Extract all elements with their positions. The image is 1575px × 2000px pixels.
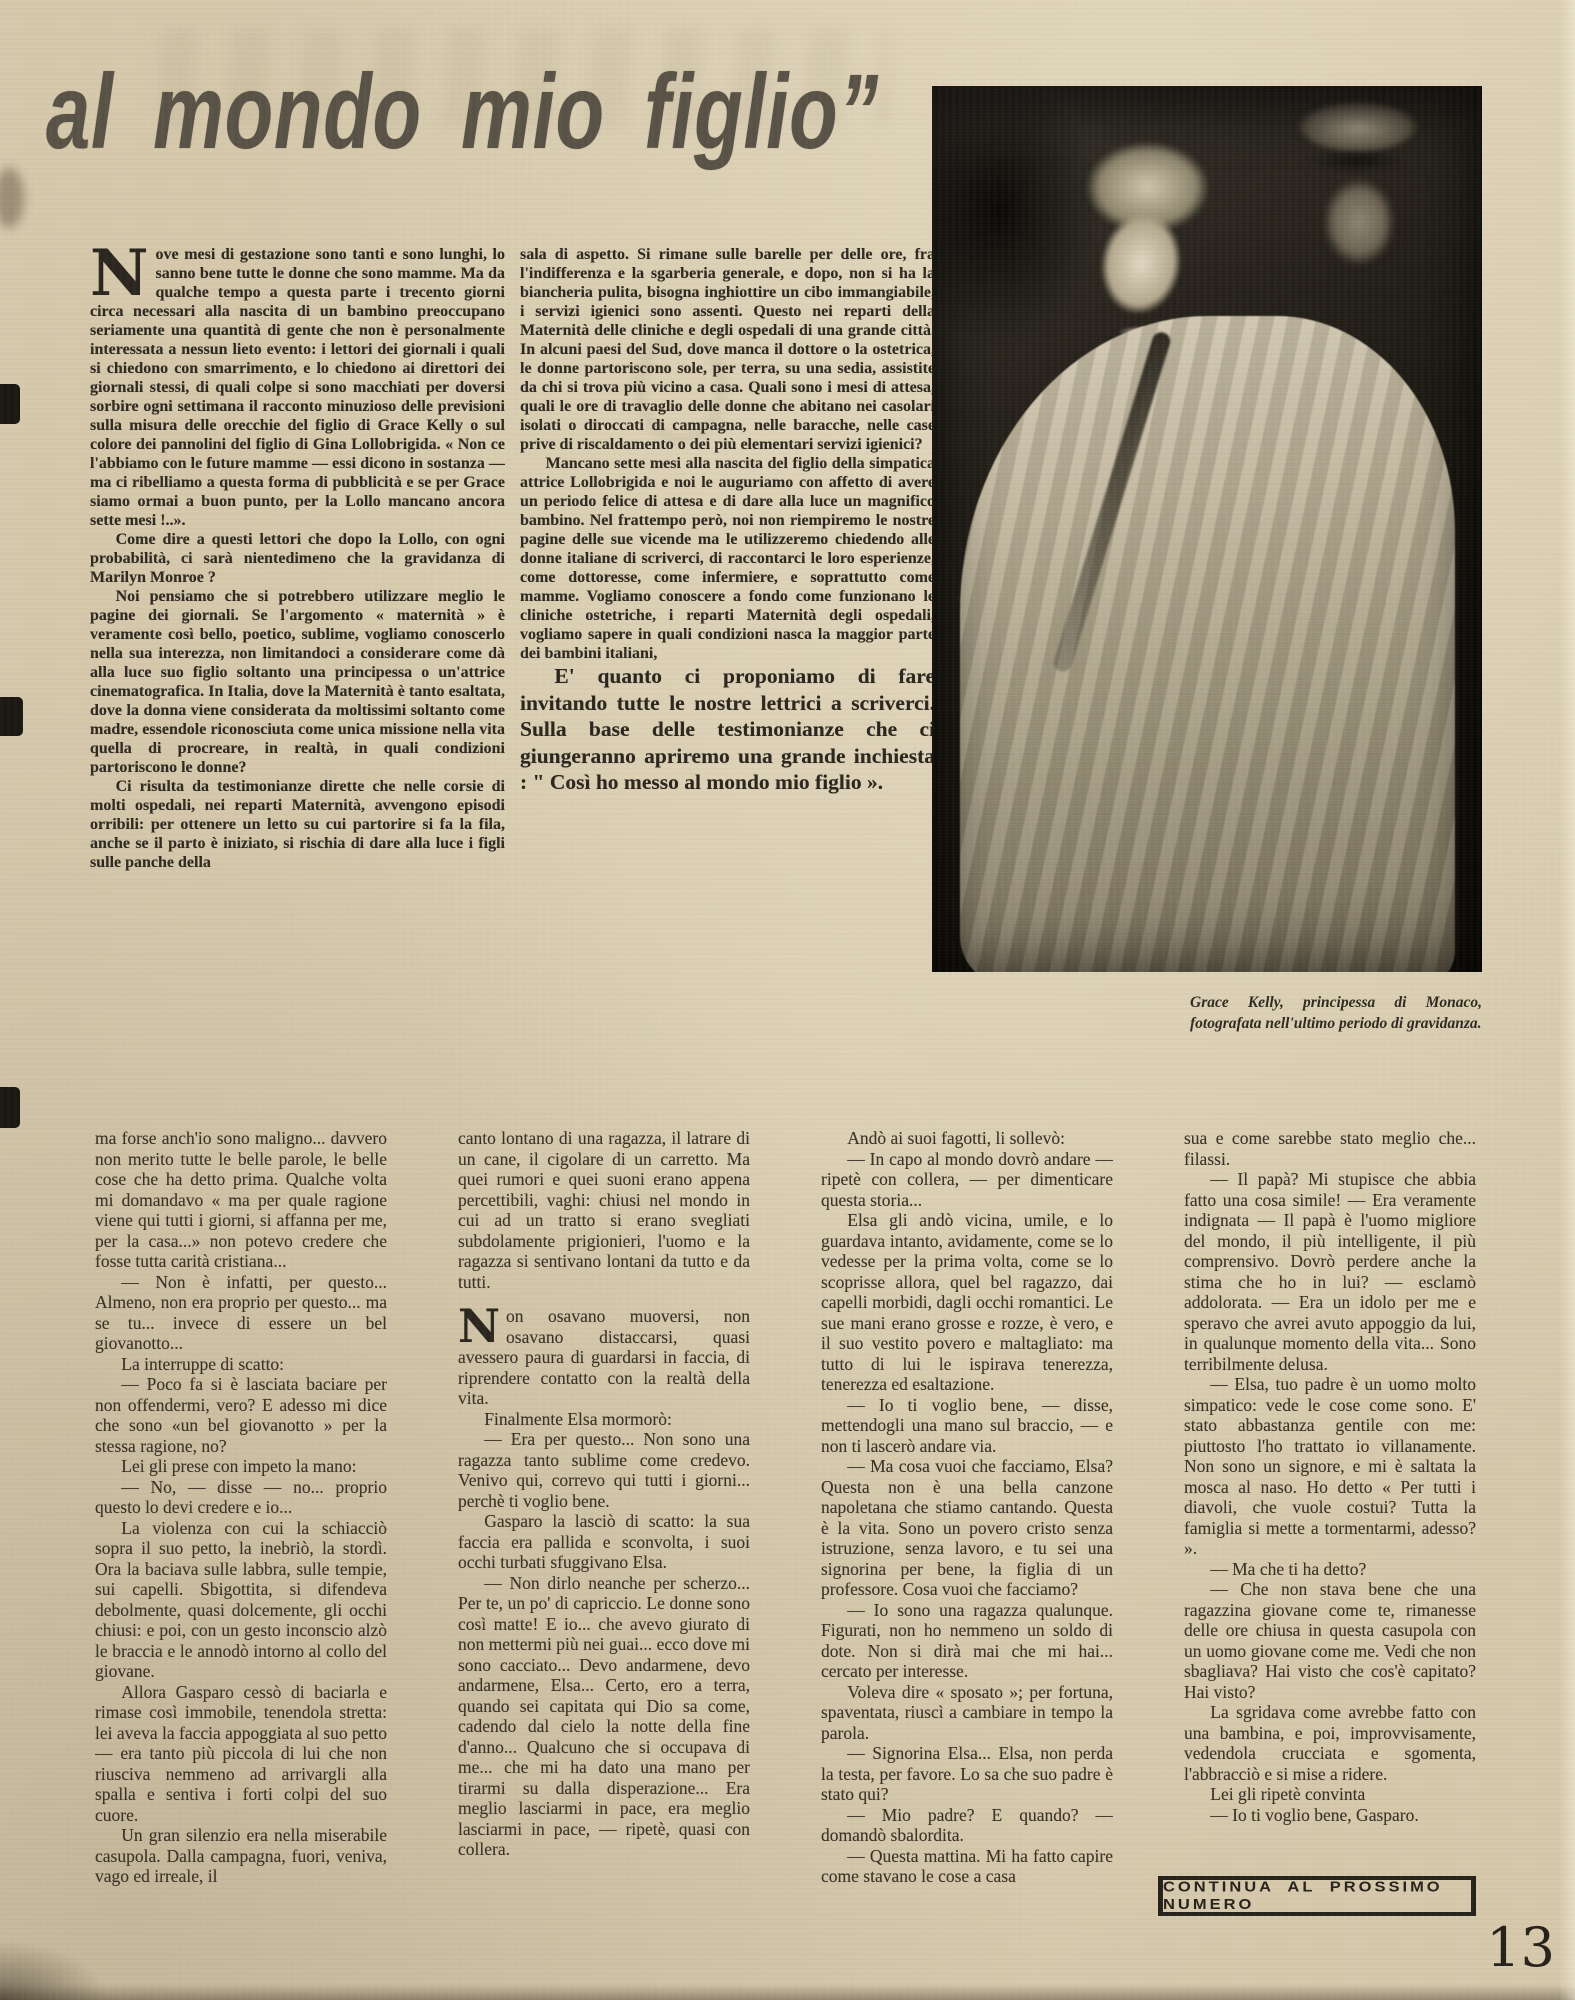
paragraph: Allora Gasparo cessò di baciarla e rimas… <box>95 1682 387 1826</box>
binding-mark <box>0 697 23 736</box>
paragraph: Elsa gli andò vicina, umile, e lo guarda… <box>821 1210 1113 1395</box>
paragraph: La sgridava come avrebbe fatto con una b… <box>1184 1702 1476 1784</box>
continua-label: CONTINUA AL PROSSIMO NUMERO <box>1163 1879 1471 1914</box>
paragraph: Un gran silenzio era nella miserabile ca… <box>95 1825 387 1887</box>
paragraph: Andò ai suoi fagotti, li sollevò: <box>821 1128 1113 1149</box>
magazine-page: al mondo mio figlio” Nove mesi di gestaz… <box>0 0 1575 2000</box>
grace-kelly-photo <box>932 86 1482 972</box>
paragraph: Lei gli prese con impeto la mano: <box>95 1456 387 1477</box>
paragraph: — Poco fa si è lasciata baciare per non … <box>95 1374 387 1456</box>
paragraph: — Io sono una ragazza qualunque. Figurat… <box>821 1600 1113 1682</box>
photo-caption: Grace Kelly, principessa di Monaco, foto… <box>1190 992 1482 1034</box>
continua-box: CONTINUA AL PROSSIMO NUMERO <box>1158 1876 1476 1916</box>
paragraph: — Era per questo... Non sono una ragazza… <box>458 1429 750 1511</box>
paragraph: Finalmente Elsa mormorò: <box>458 1409 750 1430</box>
binding-mark <box>0 1087 20 1128</box>
paragraph: — In capo al mondo dovrò andare — ripetè… <box>821 1149 1113 1211</box>
page-number: 13 <box>1486 1916 1555 1979</box>
paragraph: — Ma cosa vuoi che facciamo, Elsa? Quest… <box>821 1456 1113 1600</box>
lead-paragraph: Nove mesi di gestazione sono tanti e son… <box>90 245 505 530</box>
paragraph: — No, — disse — no... proprio questo lo … <box>95 1477 387 1518</box>
story-column-2: canto lontano di una ragazza, il latrare… <box>458 1128 750 1963</box>
story-column-3: Andò ai suoi fagotti, li sollevò:— In ca… <box>821 1128 1113 1963</box>
paragraph: Ci risulta da testimonianze dirette che … <box>90 777 505 872</box>
story-section: ma forse anch'io sono maligno... davvero… <box>95 1128 1477 1963</box>
drop-cap: N <box>458 1306 506 1343</box>
paragraph: Noi pensiamo che si potrebbero utilizzar… <box>90 587 505 777</box>
paragraph: — Ma che ti ha detto? <box>1184 1559 1476 1580</box>
paragraph: — Che non stava bene che una ragazzina g… <box>1184 1579 1476 1702</box>
paragraph: — Non dirlo neanche per scherzo... Per t… <box>458 1573 750 1860</box>
paragraph: sua e come sarebbe stato meglio che... f… <box>1184 1128 1476 1169</box>
paragraph: La interruppe di scatto: <box>95 1354 387 1375</box>
paragraph: Come dire a questi lettori che dopo la L… <box>90 530 505 587</box>
intro-section: Nove mesi di gestazione sono tanti e son… <box>90 245 935 990</box>
paragraph: Mancano sette mesi alla nascita del figl… <box>520 454 935 663</box>
paragraph: — Non è infatti, per questo... Almeno, n… <box>95 1272 387 1354</box>
paragraph: — Il papà? Mi stupisce che abbia fatto u… <box>1184 1169 1476 1374</box>
intro-column-2: sala di aspetto. Si rimane sulle barelle… <box>520 245 935 990</box>
page-right-edge <box>1559 0 1575 2000</box>
dropcap-paragraph: Non osavano muoversi, non osavano distac… <box>458 1306 750 1409</box>
intro-column-1: Nove mesi di gestazione sono tanti e son… <box>90 245 505 990</box>
intro-closing: E' quanto ci proponiamo di fare invitand… <box>520 663 935 796</box>
paragraph: — Io ti voglio bene, — disse, mettendogl… <box>821 1395 1113 1457</box>
paragraph: Lei gli ripetè convinta <box>1184 1784 1476 1805</box>
paragraph: — Io ti voglio bene, Gasparo. <box>1184 1805 1476 1826</box>
paragraph: Voleva dire « sposato »; per fortuna, sp… <box>821 1682 1113 1744</box>
paragraph: — Elsa, tuo padre è un uomo molto simpat… <box>1184 1374 1476 1559</box>
paragraph: — Questa mattina. Mi ha fatto capire com… <box>821 1846 1113 1887</box>
drop-cap: N <box>90 245 156 298</box>
paragraph: sala di aspetto. Si rimane sulle barelle… <box>520 245 935 454</box>
binding-mark <box>0 384 20 424</box>
story-column-4: sua e come sarebbe stato meglio che... f… <box>1184 1128 1476 1963</box>
paragraph: — Signorina Elsa... Elsa, non perda la t… <box>821 1743 1113 1805</box>
paragraph: La violenza con cui la schiacciò sopra i… <box>95 1518 387 1682</box>
edge-smudge <box>0 168 24 228</box>
paragraph: canto lontano di una ragazza, il latrare… <box>458 1128 750 1292</box>
paragraph: — Mio padre? E quando? — domandò sbalord… <box>821 1805 1113 1846</box>
paragraph: Gasparo la lasciò di scatto: la sua facc… <box>458 1511 750 1573</box>
story-column-1: ma forse anch'io sono maligno... davvero… <box>95 1128 387 1963</box>
photo-vignette <box>932 86 1482 972</box>
bottom-edge-shadow <box>0 1984 1575 2000</box>
paragraph: ma forse anch'io sono maligno... davvero… <box>95 1128 387 1272</box>
headline: al mondo mio figlio” <box>46 52 879 173</box>
